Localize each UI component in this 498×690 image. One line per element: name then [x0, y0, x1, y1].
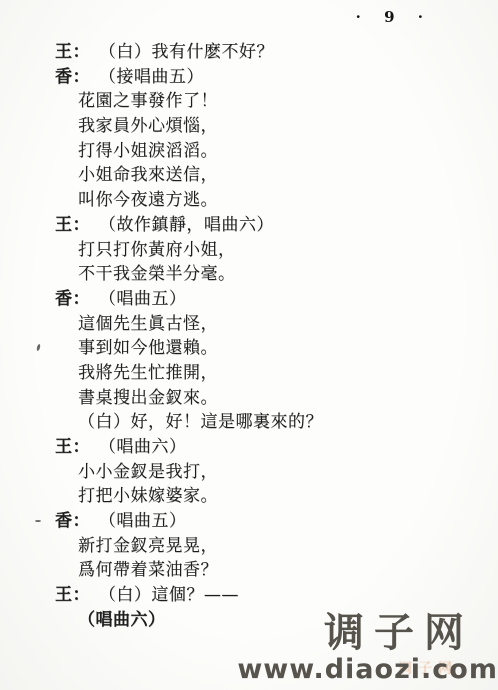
script-line: 花園之事發作了！: [0, 89, 498, 114]
page-number: · 9 ·: [356, 8, 432, 26]
line-text: 花園之事發作了！: [78, 91, 218, 111]
line-text: 小姐命我來送信，: [78, 165, 218, 185]
script-line: 書桌搜出金釵來。: [0, 386, 498, 411]
line-text: 叫你今夜遠方逃。: [78, 190, 218, 210]
script-line: 打把小妹嫁婆家。: [0, 484, 498, 509]
line-text: 這個先生眞古怪，: [78, 314, 218, 334]
speaker-label: 香：: [55, 65, 93, 90]
scan-speck: [35, 520, 41, 522]
line-text: （白）這個？——: [99, 585, 239, 605]
line-text: 打只打你黃府小姐，: [78, 240, 236, 260]
script-line: 打只打你黃府小姐，: [0, 238, 498, 263]
line-text: 打得小姐淚滔滔。: [78, 141, 218, 161]
script-line: 爲何帶着菜油香？: [0, 558, 498, 583]
script-line: 我家員外心煩惱，: [0, 114, 498, 139]
watermark-site-url: www.diaozi.com: [237, 654, 498, 685]
speaker-label: 王：: [55, 583, 93, 608]
line-text: （故作鎮靜，唱曲六）: [99, 215, 274, 235]
line-text: （接唱曲五）: [99, 67, 204, 87]
line-text: 不干我金榮半分毫。: [78, 264, 236, 284]
line-text: （唱曲六）: [78, 610, 166, 630]
watermark-site-name: 调子网: [324, 601, 474, 658]
speaker-label: 香：: [55, 509, 93, 534]
script-line: 事到如今他還賴。: [0, 336, 498, 361]
line-text: （白）我有什麽不好？: [99, 42, 274, 62]
script-line: 小小金釵是我打，: [0, 460, 498, 485]
script-line: 王： （白）我有什麽不好？: [0, 40, 498, 65]
line-text: 書桌搜出金釵來。: [78, 388, 218, 408]
script-line: 小姐命我來送信，: [0, 163, 498, 188]
speaker-label: 王：: [55, 40, 93, 65]
line-text: 我將先生忙推開，: [78, 363, 218, 383]
line-text: 新打金釵亮晃晃，: [78, 536, 218, 556]
line-text: （唱曲六）: [99, 437, 187, 457]
scanned-script-page: · 9 · 王： （白）我有什麽不好？ 香： （接唱曲五） 花園之事發作了！ 我…: [0, 0, 498, 690]
script-line: 打得小姐淚滔滔。: [0, 139, 498, 164]
line-text: 事到如今他還賴。: [78, 338, 218, 358]
line-text: （白）好，好！這是哪裏來的？: [78, 412, 323, 432]
script-line: 新打金釵亮晃晃，: [0, 534, 498, 559]
line-text: （唱曲五）: [99, 511, 187, 531]
line-text: 打把小妹嫁婆家。: [78, 486, 218, 506]
script-line: 王： （故作鎮靜，唱曲六）: [0, 213, 498, 238]
line-text: 小小金釵是我打，: [78, 462, 218, 482]
line-text: 我家員外心煩惱，: [78, 116, 218, 136]
script-line: 香： （唱曲五）: [0, 509, 498, 534]
script-line: 我將先生忙推開，: [0, 361, 498, 386]
script-line: （白）好，好！這是哪裏來的？: [0, 410, 498, 435]
speaker-label: 香：: [55, 287, 93, 312]
script-line: 香： （唱曲五）: [0, 287, 498, 312]
script-text-block: 王： （白）我有什麽不好？ 香： （接唱曲五） 花園之事發作了！ 我家員外心煩惱…: [0, 40, 498, 633]
script-line: 這個先生眞古怪，: [0, 312, 498, 337]
line-text: （唱曲五）: [99, 289, 187, 309]
script-line: 王： （唱曲六）: [0, 435, 498, 460]
script-line: 不干我金榮半分毫。: [0, 262, 498, 287]
line-text: 爲何帶着菜油香？: [78, 560, 218, 580]
speaker-label: 王：: [55, 435, 93, 460]
script-line: 香： （接唱曲五）: [0, 65, 498, 90]
script-line: 叫你今夜遠方逃。: [0, 188, 498, 213]
speaker-label: 王：: [55, 213, 93, 238]
